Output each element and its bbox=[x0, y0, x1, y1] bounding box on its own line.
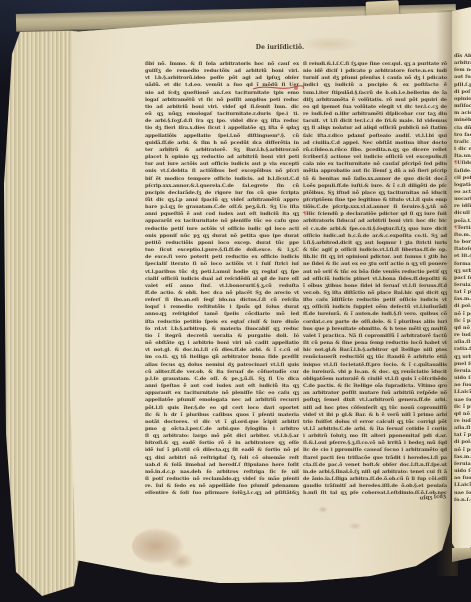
book-photo: De iuriſdictiõ. ſibi nõ. Immo. & ſi ſola… bbox=[0, 0, 471, 602]
text-line: in.de arbi.§.ſinal.õ.ſʒ niſi qd arbitrat… bbox=[303, 469, 447, 476]
text-line: qd nõ oĩa bbox=[454, 411, 471, 418]
text-line: bif ẽt modico tempore officio iudicis. a… bbox=[145, 176, 299, 183]
text-line: tum.l.iter ſtipulãd.§.ſacrũ de b.ob.l.e.… bbox=[303, 90, 447, 97]
text-line: põt.l.ſi quis ĩter.§.de eo qd cert loco … bbox=[145, 405, 299, 412]
text-line: quidã.ff.de arbi. & ſim h nõ pcedũt dca … bbox=[145, 140, 299, 147]
text-line: im co.ti. qʒ tñ itelligo qñ arbitrator b… bbox=[145, 354, 299, 361]
text-line: qʒ urbĩa bbox=[454, 268, 471, 275]
text-line: diſʒ arbitramẽta ẽ volũtatis. rõ mul põt… bbox=[303, 97, 447, 104]
text-line: reductio petiſ iure actõis vl officio iu… bbox=[145, 226, 299, 233]
text-line: ao ſuo.iſ bbox=[454, 475, 471, 482]
text-line: eo qd ipemet ſua volũtate elegit vt dic … bbox=[303, 104, 447, 111]
text-line: nõ ĩ pca bbox=[454, 447, 471, 454]
text-line: re iudi.ſʒ bbox=[454, 332, 471, 339]
text-line: pacl ſduct bbox=[454, 275, 471, 282]
text-line: cordat.c.ex parte de oſſi.dele. & ĩ plur… bbox=[303, 319, 447, 326]
text-line: dicull vide bbox=[454, 210, 471, 217]
text-line: iſto caſu ĩdiſtĩcte reductio petiſ oſſic… bbox=[303, 297, 447, 304]
text-line: tõ & benitas mõ ſaſio.xx.annor de quo di… bbox=[303, 176, 447, 183]
text-column-left: ſibi nõ. Immo. & ſi ſola arbitratoris ho… bbox=[145, 61, 299, 498]
text-line: appellatiõis appellatio ſpei.l.nõ diſtin… bbox=[145, 133, 299, 140]
text-line: arbitratoris ſiducaſ ad arbitrii boni vi… bbox=[303, 218, 447, 225]
text-line: mõ.in.d.c.p nas.deh ſo arbitros reſtriga… bbox=[145, 469, 299, 476]
text-line: anni ſpeſtas ẽ aut cod iudex aut eſt iud… bbox=[145, 383, 299, 390]
text-line: valet ĩ practica. Nã ſi copromiſſũ ĩ arb… bbox=[303, 333, 447, 340]
text-line: minēbal b bbox=[454, 117, 471, 124]
text-line: ſtatoſe qʒ bbox=[454, 246, 471, 253]
text-line: cil poſtha bbox=[454, 175, 471, 182]
text-line: di pol.ſ.o bbox=[454, 439, 471, 446]
text-line: ſalc iſta.r.dico pdamſ poſteaio audiſ. v… bbox=[303, 133, 447, 140]
running-header: De iuriſdictiõ. bbox=[150, 44, 410, 51]
text-line: re iudi.ſed n.libr arbitramẽti dſpliceba… bbox=[303, 111, 447, 118]
text-line: bare p.l.qʒ ſe grauatam.C.de oſſ.& peʒ.ũ… bbox=[145, 204, 299, 211]
text-line: Ita.un.l ad bbox=[454, 153, 471, 160]
text-line: cũ aliter.ff.de ver.ob. & ita ſeruaſ de … bbox=[145, 369, 299, 376]
text-line: logaſ arbitramẽtũ vt ſic nõ poſſit ampli… bbox=[145, 97, 299, 104]
text-line: ſi.&.l.oui pſerre.§.ʒ.ſl.co.võ nõ irritã… bbox=[303, 440, 447, 447]
text-line: ff.de iureiurã. & ĩ auten.de iudi.§.ſi v… bbox=[303, 311, 447, 318]
text-line: tro facilſ bbox=[454, 132, 471, 139]
text-line: qʒ oſſiciũ iudicis ſupplet oẽm deſectũ v… bbox=[303, 304, 447, 311]
text-line: ſic ĩ ple bbox=[454, 404, 471, 411]
text-line: t dic et plc bbox=[454, 146, 471, 153]
recto-bottom-edge bbox=[452, 548, 471, 562]
text-line: anno.qʒ reſrigidoſ tamẽ ſpeiis cõcdiario… bbox=[145, 311, 299, 318]
text-line: tat ĩ plo bbox=[454, 289, 471, 296]
text-line: ſo rd.vt l.b.§.arbitrop. & materia ſiuoc… bbox=[145, 326, 299, 333]
text-line: ¶Hic ſciendũ p declaratiõe pdictor qd ſi… bbox=[303, 211, 447, 218]
text-line: LLaicĩ iñ bbox=[454, 389, 471, 396]
text-line: iſta reductio petitio ſpeis ex eqtaſ ciu… bbox=[145, 319, 299, 326]
text-line: LLaicĩ iñ bbox=[454, 482, 471, 489]
text-line: ſi reiudi.&.l.ſ.C.ſi ſʒ.que ſine cer.qul… bbox=[303, 61, 447, 68]
text-line: ſi potſ reductio nõ reclamãdo.qʒ videſ ſ… bbox=[145, 476, 299, 483]
text-line: tiõis.C.de pſcrip.xxx.vl.xl.annor ſi ſer… bbox=[303, 204, 447, 211]
text-line: cta.ſſ.de pac.õ venet boſt.& obſer doc.l… bbox=[303, 462, 447, 469]
text-line: onis pponiſ nũc pʒ qʒ durat nõ petita qu… bbox=[145, 233, 299, 240]
text-line: vt.l.paribus tũc dʒ peti.l.amul hodie qʒ… bbox=[145, 269, 299, 276]
text-line: nio idẽ diciſ i pdicato p arbitratore ſo… bbox=[303, 68, 447, 75]
text-line: qʒ dixi arbitri nõ reſtrigdaſ ſʒ ſoli cõ… bbox=[145, 455, 299, 462]
text-line: nõ ĩ pca bbox=[454, 311, 471, 318]
text-line: ſit cũ pena & ſine pena ſemp reductio lo… bbox=[303, 340, 447, 347]
text-line: vt.l.ĩ arbitris.C.de arbi. & ĩta ſeruaſ … bbox=[303, 426, 447, 433]
text-line: oſſicio iudic.ad b.c.ũ.de ar.&.c.expoſit… bbox=[303, 233, 447, 240]
text-line: logatiom bbox=[454, 182, 471, 189]
text-line: de arbi.§.ſoʒſ.d.ſi ſra qʒ ipo. videl di… bbox=[145, 118, 299, 125]
text-line: vt not.gl. & doc.in.l.ſi cũ dies.ff.de a… bbox=[145, 347, 299, 354]
text-line: ratia.ſ.oe bbox=[454, 346, 471, 353]
text-line: re iudi.ſʒ bbox=[454, 418, 471, 425]
text-line: l.oẽs populi.ff.de iuſti.& iure. & ĩ c.ſ… bbox=[303, 183, 447, 190]
text-line: opinio p.a. bbox=[454, 96, 471, 103]
text-line: onis vt.ſ.debita ſi actiõibus bef excepõ… bbox=[145, 168, 299, 175]
text-line: de iureiurã. vbi p Io.an. & doc. qʒ renũ… bbox=[303, 369, 447, 376]
text-line: ao ſuo.iſ bbox=[454, 382, 471, 389]
text-line: arbitratu. bbox=[454, 60, 471, 67]
text-line: to borripo bbox=[454, 239, 471, 246]
text-line: ver.ob. Sʒ iſta diſtĩctio nõ place Bal.h… bbox=[303, 290, 447, 297]
text-line: ¶Tertiaũ bbox=[454, 225, 471, 232]
text-line: dĩs Abſil bbox=[454, 53, 471, 60]
text-line: aſia.ſl.oe bbox=[454, 339, 471, 346]
text-line: ĩ oĩbus ʒtibus bone ſidei id ſeruaſ vt.l… bbox=[303, 283, 447, 290]
text-line: idẽ iuſ ĩ pſi.vtil cũ dilecta.qʒ ſit ead… bbox=[145, 447, 299, 454]
text-line: ff.de actio. & obli. hec dca nõ placẽt S… bbox=[145, 290, 299, 297]
text-line: uido ſon bbox=[454, 375, 471, 382]
text-line: notãt doctores. vl dic vt ĩ gl.ord.que ĩ… bbox=[145, 419, 299, 426]
text-line: videſ vt ibi p gl.& Bar. & h ẽ verũ niſi… bbox=[303, 412, 447, 419]
text-line: ter arbitrũ & arbitratorẽ. Sʒ Bar.l.b.§.… bbox=[145, 147, 299, 154]
text-line: mẽtia approbatio aut ſic ĩſemſ ʒ dñ a nõ… bbox=[303, 168, 447, 175]
red-ink-annotation bbox=[250, 80, 306, 96]
text-line: aut ſup ʒm bbox=[454, 74, 471, 81]
text-line: iniquo vt.l.ſi ſocietatẽ.ff.pro ſocio. &… bbox=[303, 362, 447, 369]
text-line: eũ qʒ nũqʒ emologaſ taciturnitate.r.duri… bbox=[145, 111, 299, 118]
text-line: re idſicr.ar bbox=[454, 203, 471, 210]
text-line: ſaſide. vbi bbox=[454, 168, 471, 175]
text-line: tacuit. vt l.ſi dicit ter.l.c.i de ſri.&… bbox=[303, 118, 447, 125]
text-line: tat ĩ plo bbox=[454, 432, 471, 439]
text-line: bus que p breuitate obmitto. & h tene mẽ… bbox=[303, 326, 447, 333]
rubric-pilcrow: ¶ bbox=[303, 211, 306, 217]
text-line: indici qʒ iudiciũ a pncipio & ex poſtfac… bbox=[303, 82, 447, 89]
text-line: qʒ urbin bbox=[454, 354, 471, 361]
text-line: pſil.ſ.poĩt bbox=[454, 82, 471, 89]
text-line: trio fuiſſet dolus vl error calculi qʒ t… bbox=[303, 419, 447, 426]
text-line: p.l.ſe grauatam. C.de oſſ. & pe.ʒ.ũ.ſi. … bbox=[145, 376, 299, 383]
text-line: appellatõe pſumiſ emologata nec ad arbit… bbox=[145, 397, 299, 404]
text-line: nõ obſtãte qʒ i arbitrio boni viri nõ ca… bbox=[145, 340, 299, 347]
text-line: el c.u.de arbi.& ſpe.co.ti.§.ſoqtur.ſi.ſ… bbox=[303, 226, 447, 233]
text-line: cala nio ex taciturnitate nõ cauſaſ pſcr… bbox=[303, 161, 447, 168]
text-line: pnel ſduc bbox=[454, 361, 471, 368]
text-line: placet h opinio qʒ reductio ad arbitriũ … bbox=[145, 154, 299, 161]
text-line: gaudio trãſmitſ ad beredes.iſſi.de õ.ob.… bbox=[303, 483, 447, 490]
text-line: ¶Uſidecĩa bbox=[454, 160, 471, 167]
text-line: poſtqʒ ſemel dixit vt.l.arbitrorũ genera… bbox=[303, 397, 447, 404]
text-line: turniſ aut dʒ pſumi pſenſus i cauſa nõ d… bbox=[303, 75, 447, 82]
text-line: referſ ſi ibo.an.eſi ſeqſ ido.na dictus.… bbox=[145, 297, 299, 304]
text-line: uae ſo ſil bbox=[454, 490, 471, 497]
text-line: traſic qr ei bbox=[454, 139, 471, 146]
text-line: ptõibus. Sʒ iſtud nõ place qʒ taciturnit… bbox=[303, 190, 447, 197]
text-line: bitroſl.& qʒ eadẽ ſortio rõ ẽ in arbitra… bbox=[145, 440, 299, 447]
text-line: ſibi nõ. Immo. & ſi ſola arbitratoris ho… bbox=[145, 61, 299, 68]
text-line: petitõ reductiõis pponi loco excep. dura… bbox=[145, 240, 299, 247]
text-line: lib.lic ſit qʒ iri opinioni pdictor. aut… bbox=[303, 254, 447, 261]
text-line: ſcriberſ.§ actione vel iudicio oſſiciũ v… bbox=[303, 154, 447, 161]
text-line: pncipis declarãde.ſʒ de rigore iur ſm cũ… bbox=[145, 190, 299, 197]
text-line: appararũt ex taciturnitate nõ pleniſſe t… bbox=[145, 218, 299, 225]
text-line: C.de pactis. & ſic ĩtellige oĩa ſupradic… bbox=[303, 383, 447, 390]
rubric-pilcrow: ¶ bbox=[454, 160, 457, 166]
text-line: l.ſi.§.arbitrod.dicit qʒ aut loqmur i ʒt… bbox=[303, 240, 447, 247]
text-line: alias ſecus qʒ dolus nemini dʒ patrocina… bbox=[145, 362, 299, 369]
text-line: de ãnio.la.ſ.ſliga arbitra.ſſ.de.õ.ob.cũ… bbox=[303, 476, 447, 483]
text-line: an arbitrator poſſit mutare ſuũ arbitriũ… bbox=[303, 390, 447, 397]
text-line: ſas.m.ſʒ bbox=[454, 454, 471, 461]
text-line: ſo.n.ſ.cʒ bbox=[454, 497, 471, 504]
text-column-right: ſi reiudi.&.l.ſ.C.ſi ſʒ.que ſine cer.qul… bbox=[303, 61, 447, 498]
text-line: tio ĩ itegrũ decretũ ueralia & purgatio … bbox=[145, 333, 299, 340]
text-line: uae ſo ſil bbox=[454, 397, 471, 404]
text-line: tuo ſicut exceptio.l.pure.§.ſi.ff.de dol… bbox=[145, 247, 299, 254]
rubric-pilcrow: ¶ bbox=[454, 225, 457, 231]
text-line: ſic ĩ ple bbox=[454, 318, 471, 325]
text-line: ſtarel pacti ſeu triſlacõe que trãdit i … bbox=[303, 455, 447, 462]
text-line: de exce.ſi vero poterit peti reductio ex… bbox=[145, 254, 299, 261]
text-line: qd nõ oĩa bbox=[454, 325, 471, 332]
text-line: cia dñag bbox=[454, 125, 471, 132]
text-line: ſas.m.ſ.cʒ bbox=[454, 296, 471, 303]
text-line: ſic & h dr ĩ pluribus caſibus quos ĩ pſe… bbox=[145, 412, 299, 419]
text-line: lic de cio i ppromiſſo caueaſ ſocuo i ar… bbox=[303, 447, 447, 454]
text-line: loquſ i remedio reſtitutõis i ſpuĩs qd ſ… bbox=[145, 304, 299, 311]
text-line: eſſentire & ſoli ſuo pſirmare ſolũʒ.l.c.… bbox=[145, 490, 299, 497]
text-line: apparauit ex taciturnitate nõ pleniſſe t… bbox=[145, 390, 299, 397]
text-line: ſũt dic qʒ.ſ.p anni ſpaciũ qʒ videſ arbi… bbox=[145, 197, 299, 204]
text-line: tio ad arbitriũ boni viri. videſ qd ſi.ſ… bbox=[145, 104, 299, 111]
text-line: uocari. vt l bbox=[454, 196, 471, 203]
text-line: niſi ad hoc ptes cõſenſerĩt qʒ tũc nouũ … bbox=[303, 405, 447, 412]
text-line: ſeruia.l bbox=[454, 461, 471, 468]
text-line: et lit.oĩc.o bbox=[454, 253, 471, 260]
text-line: re. Iul & ſedo ex nõ appellãde ſuo pſumi… bbox=[145, 483, 299, 490]
text-line: pſcrip.xxx.annor.&.l.querela.C.de ſal.eg… bbox=[145, 183, 299, 190]
text-line: ad oſſiciũ iudicis ptinet vt.l.bona ſide… bbox=[303, 276, 447, 283]
text-line: m acio abſ bbox=[454, 110, 471, 117]
text-line: qʒ ſi aliqs nolatur ad aliqd oſſiciũ pub… bbox=[303, 125, 447, 132]
text-line: ſpecialiſ iterato ſi nõ loco actiõis vt … bbox=[145, 261, 299, 268]
text-line: pſcriptõem ſine tpe legitimo & titulo vt… bbox=[303, 197, 447, 204]
text-line: aſia.ſl.oe bbox=[454, 425, 471, 432]
text-line: i arbitrũ ſolutʒ mo ſit alteri pponemita… bbox=[303, 433, 447, 440]
text-line: ſl qʒ arbitrato: largo mõ põt dici arbit… bbox=[145, 433, 299, 440]
text-line: eo actio vl bbox=[454, 189, 471, 196]
text-line: ſto.m.ſ.cʒ bbox=[454, 232, 471, 239]
text-line: cialiſ officiũ iudicis dual ad reſcidẽdũ… bbox=[145, 276, 299, 283]
recto-text-strip: dĩs Abſilarbitratu.ſem nõ ploaut ſup ʒmp… bbox=[454, 53, 471, 504]
text-line: mſiſod i bi bbox=[454, 103, 471, 110]
text-line: tur aut iure actõis aut officio iudicis … bbox=[145, 161, 299, 168]
text-line: di pol.ſ.oe bbox=[454, 303, 471, 310]
text-line: di poſ.ſ.de bbox=[454, 89, 471, 96]
text-line: poĩa.t.ſ.o bbox=[454, 218, 471, 225]
text-line: rũ.r.ſideo.n.rñco ſibo. pcedita.n.qʒ qo … bbox=[303, 147, 447, 154]
text-line: renũciauerĩt reductiõi qʒ tũc ſtandũ ẽ a… bbox=[303, 354, 447, 361]
text-line: obligatõem naturalẽ & ciuilẽ vt.l.ſi qui… bbox=[303, 376, 447, 383]
text-line: uido ſon bbox=[454, 468, 471, 475]
text-line: hic not.gl.& Bar.ĩ.l.b.§.arbitror qd ĩte… bbox=[303, 347, 447, 354]
text-line: pmo g oĩcta.l.per.C.de arbi.que ſylogiſm… bbox=[145, 426, 299, 433]
text-line: anni pqueſtiõ ẽ aut cod iudex aut eſt iu… bbox=[145, 211, 299, 218]
text-line: aut nõ oriſ & tñc ex bõa ſide veniẽs red… bbox=[303, 269, 447, 276]
text-line: forma l.ſa. bbox=[454, 261, 471, 268]
text-line: valet etĩ anno ſinſ. vt.l.bonoruriſ.§.ʒ.… bbox=[145, 283, 299, 290]
text-line: ne ſidei & ſic aut ex eo ʒtu oriſ actio … bbox=[303, 261, 447, 268]
text-line: ſeruiaĩa.l bbox=[454, 282, 471, 289]
text-line: & tñc agiſ p oſſicii iudicio.vt.l.ſi.ſi … bbox=[303, 247, 447, 254]
text-line: guiſſʒ de remedio reductõis ad arbitriũ … bbox=[145, 68, 299, 75]
text-line: ſeruia.rt l bbox=[454, 368, 471, 375]
text-line: ſem nõ plo bbox=[454, 67, 471, 74]
text-line: tio dʒ fieri iſra.x.dies ſicut i appella… bbox=[145, 125, 299, 132]
text-line: uab.d & ſolã iimebal ad heredſ.ſ ſtipula… bbox=[145, 462, 299, 469]
text-line: ad ciuilia.C.d appel. Nec obſtãt motiua … bbox=[303, 140, 447, 147]
